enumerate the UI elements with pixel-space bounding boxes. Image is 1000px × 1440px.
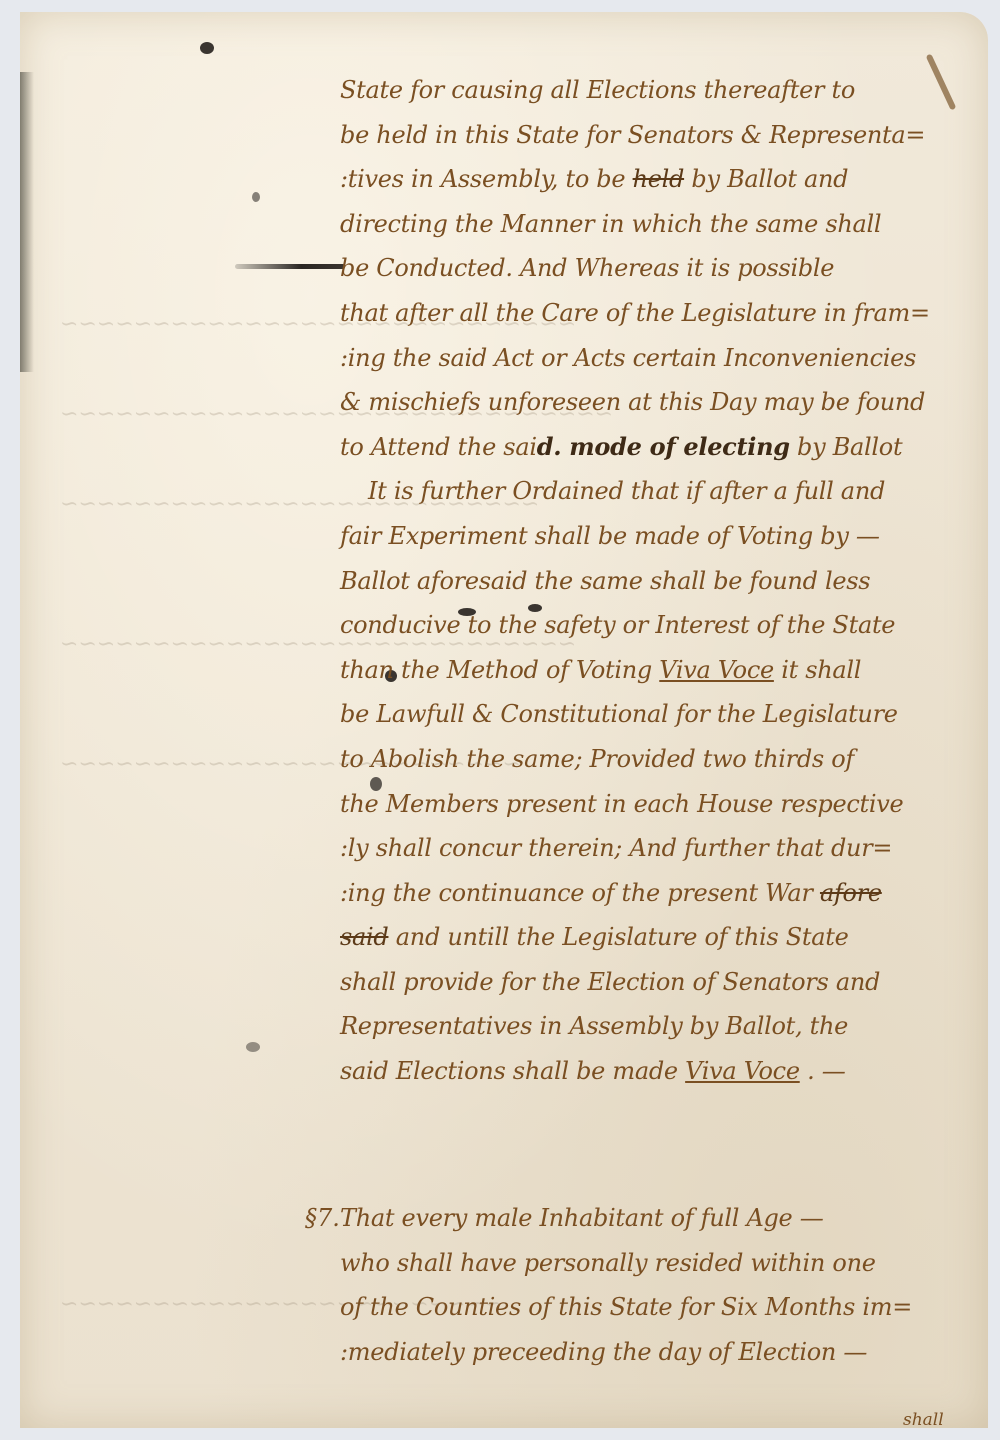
underlined-text: Viva Voce — [659, 656, 774, 684]
line-text: :ly shall concur therein; And further th… — [340, 834, 892, 862]
line-text: be held in this State for Senators & Rep… — [340, 121, 925, 149]
line-text: be Lawfull & Constitutional for the Legi… — [340, 700, 898, 728]
ink-spot — [252, 192, 260, 202]
line-text: than the Method of Voting — [340, 656, 659, 684]
line-text: that after all the Care of the Legislatu… — [340, 299, 930, 327]
line-text: It is further Ordained that if after a f… — [368, 477, 885, 505]
manuscript-line: & mischiefs unforeseen at this Day may b… — [340, 380, 970, 425]
manuscript-line: :ing the said Act or Acts certain Inconv… — [340, 336, 970, 381]
manuscript-line: shall provide for the Election of Senato… — [340, 960, 970, 1005]
line-text: :ing the said Act or Acts certain Inconv… — [340, 344, 916, 372]
manuscript-line: State for causing all Elections thereaft… — [340, 68, 970, 113]
struck-text: held — [633, 165, 685, 193]
underlined-text: Viva Voce — [685, 1057, 800, 1085]
line-text: by Ballot and — [684, 165, 848, 193]
struck-text: afore — [820, 879, 882, 907]
section-line: of the Counties of this State for Six Mo… — [340, 1285, 912, 1330]
line-text: Representatives in Assembly by Ballot, t… — [340, 1012, 848, 1040]
section-number: §7. — [305, 1196, 340, 1241]
line-text: be Conducted. And Whereas it is possible — [340, 254, 834, 282]
main-text-block: State for causing all Elections thereaft… — [340, 68, 970, 1094]
line-text: :tives in Assembly, to be — [340, 165, 633, 193]
line-text: :ing the continuance of the present War — [340, 879, 820, 907]
manuscript-line: :ing the continuance of the present War … — [340, 871, 970, 916]
manuscript-line: be Conducted. And Whereas it is possible — [340, 246, 970, 291]
line-text: shall provide for the Election of Senato… — [340, 968, 880, 996]
line-text: conducive to the safety or Interest of t… — [340, 611, 895, 639]
line-text: State for causing all Elections thereaft… — [340, 76, 855, 104]
manuscript-line: :ly shall concur therein; And further th… — [340, 826, 970, 871]
struck-text: said — [340, 923, 388, 951]
line-text: fair Experiment shall be made of Voting … — [340, 522, 880, 550]
line-text: by Ballot — [790, 433, 903, 461]
manuscript-line: Ballot aforesaid the same shall be found… — [340, 559, 970, 604]
line-text: Ballot aforesaid the same shall be found… — [340, 567, 870, 595]
ink-spot — [246, 1042, 260, 1052]
section-line: :mediately preceeding the day of Electio… — [340, 1330, 912, 1375]
line-text: to Abolish the same; Provided two thirds… — [340, 745, 854, 773]
manuscript-line: to Abolish the same; Provided two thirds… — [340, 737, 970, 782]
manuscript-line: be held in this State for Senators & Rep… — [340, 113, 970, 158]
manuscript-line: directing the Manner in which the same s… — [340, 202, 970, 247]
section-line: who shall have personally resided within… — [340, 1241, 912, 1286]
manuscript-line: that after all the Care of the Legislatu… — [340, 291, 970, 336]
line-text: the Members present in each House respec… — [340, 790, 903, 818]
ink-spot — [200, 42, 214, 54]
line-text: & mischiefs unforeseen at this Day may b… — [340, 388, 925, 416]
edge-stain — [20, 72, 34, 372]
inserted-text: d. mode of electing — [537, 432, 790, 461]
section-line: That every male Inhabitant of full Age — — [340, 1196, 912, 1241]
manuscript-line: conducive to the safety or Interest of t… — [340, 603, 970, 648]
manuscript-line: the Members present in each House respec… — [340, 782, 970, 827]
manuscript-line: be Lawfull & Constitutional for the Legi… — [340, 692, 970, 737]
manuscript-line: It is further Ordained that if after a f… — [340, 469, 970, 514]
manuscript-line: fair Experiment shall be made of Voting … — [340, 514, 970, 559]
manuscript-line: :tives in Assembly, to be held by Ballot… — [340, 157, 970, 202]
line-text: and untill the Legislature of this State — [388, 923, 848, 951]
line-text: to Attend the sai — [340, 433, 537, 461]
manuscript-line: said Elections shall be made Viva Voce .… — [340, 1049, 970, 1094]
manuscript-line: than the Method of Voting Viva Voce it s… — [340, 648, 970, 693]
manuscript-line: Representatives in Assembly by Ballot, t… — [340, 1004, 970, 1049]
line-text: it shall — [774, 656, 861, 684]
manuscript-line: to Attend the said. mode of electing by … — [340, 425, 970, 470]
line-text: said Elections shall be made — [340, 1057, 685, 1085]
manuscript-line: said and untill the Legislature of this … — [340, 915, 970, 960]
margin-dash-mark — [235, 264, 345, 269]
catchword: shall — [903, 1410, 944, 1430]
line-text: directing the Manner in which the same s… — [340, 210, 881, 238]
line-text: . — — [800, 1057, 846, 1085]
